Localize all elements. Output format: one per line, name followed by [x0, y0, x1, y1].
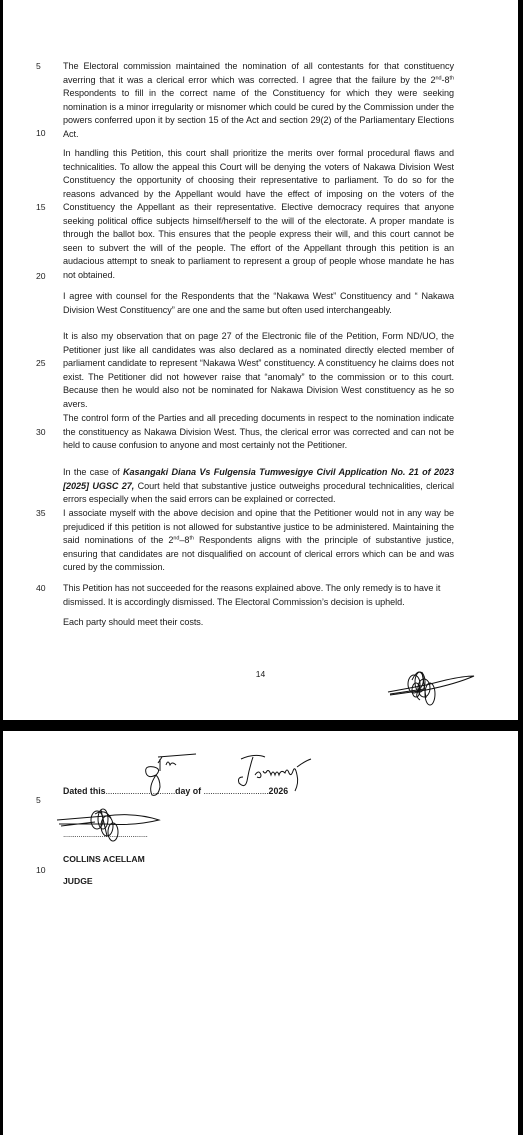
line-number: 10: [36, 864, 50, 878]
line-number: 5: [36, 794, 50, 808]
judge-title: JUDGE: [63, 876, 93, 886]
line-number: 15: [36, 201, 50, 215]
judge-name: COLLINS ACELLAM: [63, 854, 145, 864]
handwritten-signature-icon: [386, 660, 476, 710]
dated-label: Dated this: [63, 786, 106, 796]
paragraph-constituency-names: I agree with counsel for the Respondents…: [63, 290, 454, 317]
paragraph-observation-form: It is also my observation that on page 2…: [63, 330, 454, 411]
month-blank: .............................: [203, 786, 268, 796]
signature-line: ........................................…: [63, 830, 148, 839]
line-number: 35: [36, 507, 50, 521]
paragraph-clerical-error: The Electoral commission maintained the …: [63, 60, 454, 141]
paragraph-merits-over-technicalities: In handling this Petition, this court sh…: [63, 147, 454, 282]
paragraph-case-citation: In the case of Kasangaki Diana Vs Fulgen…: [63, 466, 454, 507]
line-number: 20: [36, 270, 50, 284]
line-number: 25: [36, 357, 50, 371]
year: 2026: [269, 786, 289, 796]
document-page-signature: 5 10 Dated this.........................…: [3, 731, 518, 1135]
line-number: 40: [36, 582, 50, 596]
line-number: 10: [36, 127, 50, 141]
paragraph-control-form: The control form of the Parties and all …: [63, 412, 454, 453]
day-of-label: day of: [175, 786, 203, 796]
paragraph-petition-dismissed: This Petition has not succeeded for the …: [63, 582, 454, 609]
line-number: 30: [36, 426, 50, 440]
dated-line: Dated this..............................…: [63, 786, 288, 796]
paragraph-associate-decision: I associate myself with the above decisi…: [63, 507, 454, 575]
judge-signature-icon: [55, 806, 165, 846]
line-number: 5: [36, 60, 50, 74]
day-blank: ...............................: [106, 786, 176, 796]
document-page-14: 5 10 15 20 25 30 35 40 The Electoral com…: [3, 0, 518, 720]
paragraph-costs: Each party should meet their costs.: [63, 616, 454, 630]
